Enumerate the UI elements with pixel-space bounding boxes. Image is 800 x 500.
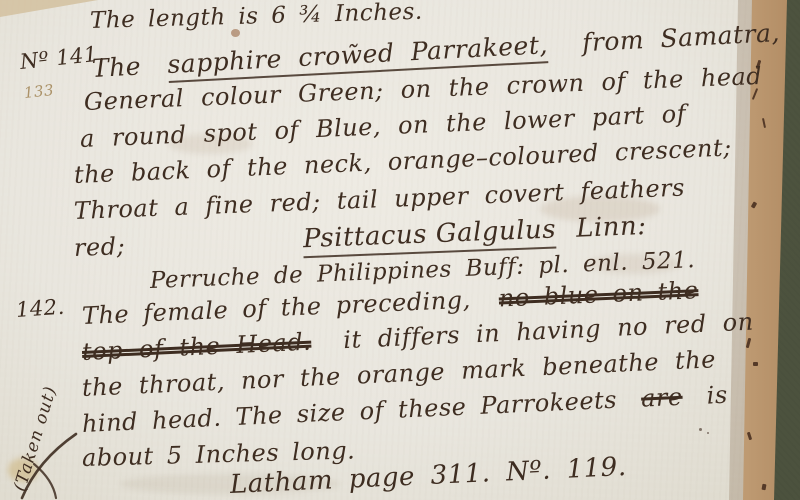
manuscript-photo: The length is 6 ¾ Inches. Nº 141. The sa…	[0, 0, 800, 500]
ink-stain	[231, 29, 240, 37]
faint-number-text: 133	[23, 81, 55, 102]
ink-speck	[707, 432, 709, 434]
title-the: The	[91, 51, 142, 83]
edge-ink-mark	[753, 362, 758, 366]
faint-page-number: 133	[23, 81, 55, 102]
struck-out-word: are	[640, 383, 683, 413]
entry-142-number: 142.	[15, 295, 65, 322]
next-entry-pen-stroke	[6, 430, 96, 500]
line-text: is	[706, 381, 728, 410]
desc-text: red;	[73, 232, 125, 262]
latin-authority: Linn:	[576, 211, 647, 244]
ink-speck	[699, 428, 702, 431]
entry-number-text: 142.	[15, 295, 65, 322]
